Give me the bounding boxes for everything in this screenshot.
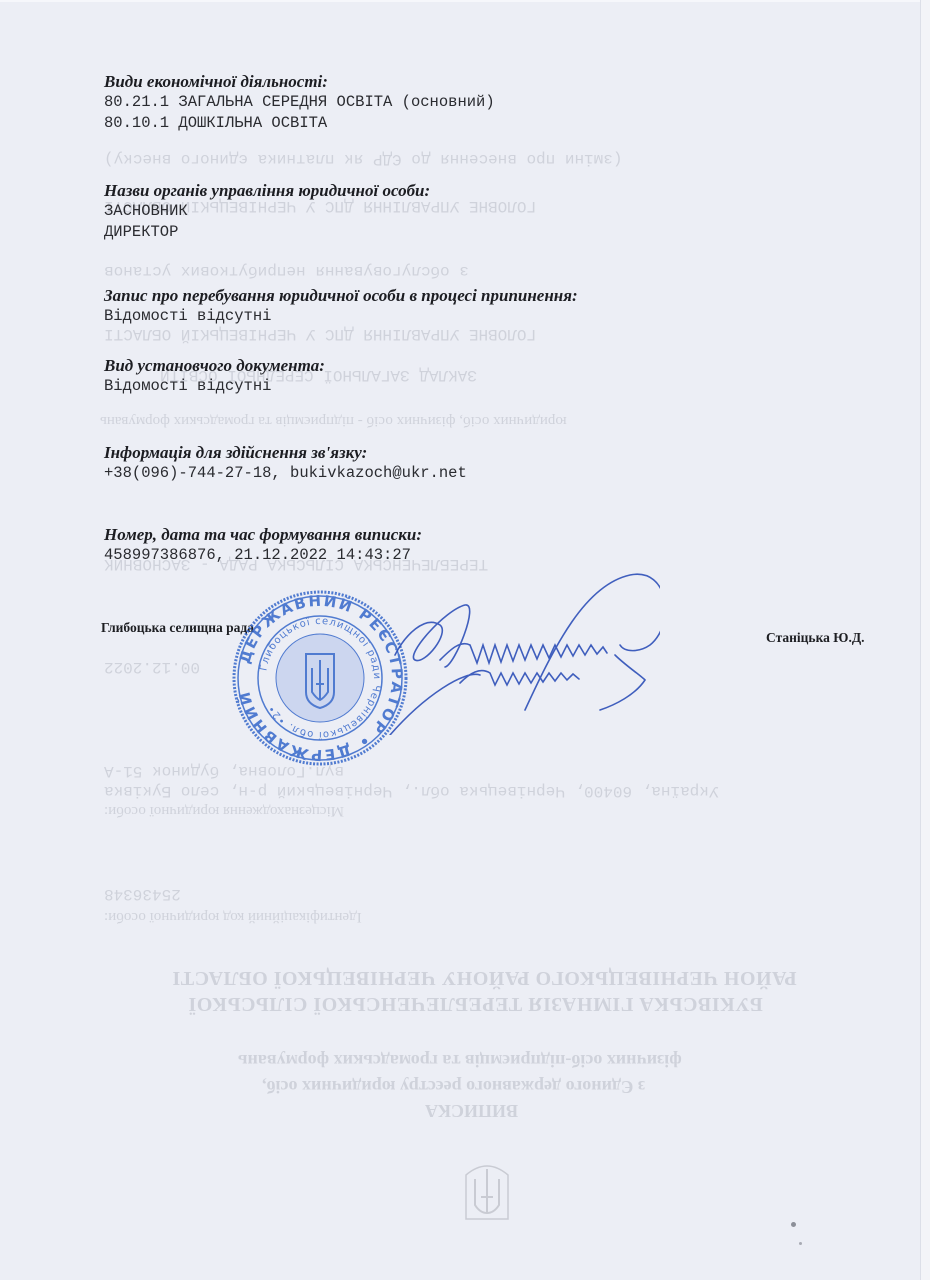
- registrar-name: Станіцька Ю.Д.: [766, 630, 865, 646]
- bleed-title: фізичних осіб-підприємців та громадських…: [238, 1050, 682, 1071]
- dust-speck: [791, 1222, 796, 1227]
- bleed-title: з Єдиного державного реєстру юридичних о…: [262, 1076, 645, 1097]
- page-edge: [920, 0, 930, 1280]
- bleed-text: з обслуговування неприбуткових установ: [104, 262, 469, 280]
- bleed-title: БУКІВСЬКА ГІМНАЗІЯ ТЕРЕБЛЕЧЕНСЬКОЇ СІЛЬС…: [188, 992, 763, 1015]
- activity-line: 80.10.1 ДОШКІЛЬНА ОСВІТА: [104, 113, 495, 134]
- bleed-title: ВИПИСКА: [425, 1100, 518, 1121]
- section-label: Номер, дата та час формування виписки:: [104, 525, 422, 545]
- section-label: Назви органів управління юридичної особи…: [104, 181, 430, 201]
- bleed-text: Ідентифікаційний код юридичної особи:: [104, 908, 362, 925]
- official-stamp: ДЕРЖАВНИЙ РЕЄСТРАТОР • ДЕРЖАВНИЙ РЕЄСТРА…: [230, 588, 410, 768]
- bleed-text: 00.12.2022: [104, 658, 200, 676]
- section-label: Вид установчого документа:: [104, 356, 325, 376]
- dust-speck: [799, 1242, 802, 1245]
- section-founding-document: Вид установчого документа: Відомості від…: [104, 356, 325, 397]
- section-contact-info: Інформація для здійснення зв'язку: +38(0…: [104, 443, 467, 484]
- governing-body: ДИРЕКТОР: [104, 222, 430, 243]
- contact-value: +38(096)-744-27-18, bukivkazoch@ukr.net: [104, 463, 467, 484]
- bleed-text: ГОЛОВНЕ УПРАВЛІННЯ ДПС У ЧЕРНІВЕЦЬКІЙ ОБ…: [104, 325, 536, 343]
- handwritten-signature: [385, 555, 660, 735]
- bleed-text: 25436348: [104, 885, 181, 903]
- section-value: Відомості відсутні: [104, 376, 325, 397]
- bleed-text: Місцезнаходження юридичної особи:: [104, 802, 344, 819]
- section-extract-info: Номер, дата та час формування виписки: 4…: [104, 525, 422, 566]
- section-governing-bodies: Назви органів управління юридичної особи…: [104, 181, 430, 243]
- section-economic-activities: Види економічної діяльності: 80.21.1 ЗАГ…: [104, 72, 495, 134]
- governing-body: ЗАСНОВНИК: [104, 201, 430, 222]
- extract-value: 458997386876, 21.12.2022 14:43:27: [104, 545, 422, 566]
- bleed-text: юридичних осіб, фізичних осіб - підприєм…: [100, 412, 567, 429]
- bleed-text: (зміни про внесення до ЄДР як платника є…: [104, 150, 622, 168]
- bleed-title: РАЙОН ЧЕРНІВЕЦЬКОГО РАЙОНУ ЧЕРНІВЕЦЬКОЇ …: [172, 966, 797, 989]
- activity-line: 80.21.1 ЗАГАЛЬНА СЕРЕДНЯ ОСВІТА (основни…: [104, 92, 495, 113]
- trident-emblem-icon: [462, 1157, 512, 1223]
- section-termination-record: Запис про перебування юридичної особи в …: [104, 286, 578, 327]
- section-label: Види економічної діяльності:: [104, 72, 495, 92]
- section-label: Інформація для здійснення зв'язку:: [104, 443, 467, 463]
- section-value: Відомості відсутні: [104, 306, 578, 327]
- bleed-text: Україна, 60400, Чернівецька обл., Чернів…: [104, 782, 719, 800]
- section-label: Запис про перебування юридичної особи в …: [104, 286, 578, 306]
